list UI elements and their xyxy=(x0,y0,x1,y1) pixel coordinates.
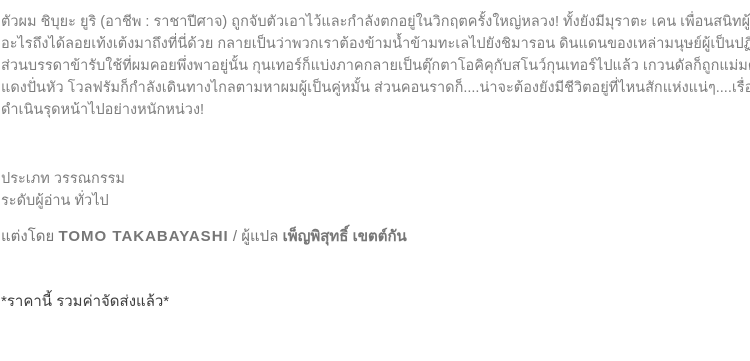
written-by-label: แต่งโดย xyxy=(1,228,54,245)
synopsis-line: อะไรถึงได้ลอยเท้งเต้งมาถึงที่นี่ด้วย กลา… xyxy=(1,33,750,55)
translator-label: ผู้แปล xyxy=(241,228,278,245)
reader-level-line: ระดับผู้อ่าน ทั่วไป xyxy=(1,190,125,212)
synopsis-line: แดงปั่นหัว โวลฟรัมก็กำลังเดินทางไกลตามหา… xyxy=(1,77,750,99)
credits-separator: / xyxy=(233,228,237,245)
credits-line: แต่งโดย TOMO TAKABAYASHI / ผู้แปล เพ็ญพิ… xyxy=(1,225,407,248)
synopsis-line: ส่วนบรรดาข้ารับใช้ที่ผมคอยพึ่งพาอยู่นั้น… xyxy=(1,55,750,77)
book-meta: ประเภท วรรณกรรม ระดับผู้อ่าน ทั่วไป xyxy=(1,168,125,212)
genre-line: ประเภท วรรณกรรม xyxy=(1,168,125,190)
price-note: *ราคานี้ รวมค่าจัดส่งแล้ว* xyxy=(1,291,169,313)
synopsis-line: ตัวผม ชิบุยะ ยูริ (อาชีพ : ราชาปีศาจ) ถู… xyxy=(1,11,750,33)
reader-level-label: ระดับผู้อ่าน xyxy=(1,193,70,209)
reader-level-value: ทั่วไป xyxy=(75,193,109,209)
synopsis-line: ดำเนินรุดหน้าไปอย่างหนักหน่วง! xyxy=(1,99,750,121)
book-synopsis: ตัวผม ชิบุยะ ยูริ (อาชีพ : ราชาปีศาจ) ถู… xyxy=(1,11,750,121)
book-description-page: ตัวผม ชิบุยะ ยูริ (อาชีพ : ราชาปีศาจ) ถู… xyxy=(0,0,750,361)
genre-value: วรรณกรรม xyxy=(54,171,125,187)
genre-label: ประเภท xyxy=(1,171,50,187)
author-name: TOMO TAKABAYASHI xyxy=(59,228,229,245)
translator-name: เพ็ญพิสุทธิ์ เขตต์กัน xyxy=(283,228,407,245)
